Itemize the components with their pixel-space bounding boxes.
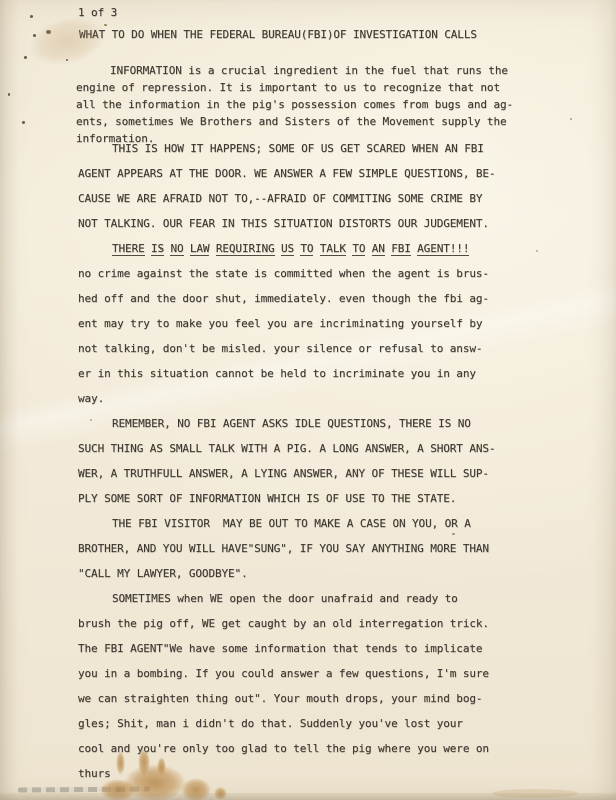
- ink-speck: [22, 121, 25, 124]
- underlined-word: LAW: [190, 242, 210, 256]
- ink-speck: [8, 93, 10, 96]
- page-indicator: 1 of 3: [78, 6, 117, 19]
- underlined-word: THERE: [112, 242, 145, 256]
- text-line: not talking, don't be misled. your silen…: [78, 336, 495, 361]
- text-line: er in this situation cannot be held to i…: [78, 361, 495, 386]
- underlined-word: US: [281, 242, 294, 256]
- text-line: NOT TALKING. OUR FEAR IN THIS SITUATION …: [78, 211, 495, 236]
- underlined-word: IS: [151, 242, 164, 256]
- text-line: CAUSE WE ARE AFRAID NOT TO,--AFRAID OF C…: [78, 186, 495, 211]
- text-line: no crime against the state is committed …: [78, 261, 495, 286]
- underlined-word: AN: [372, 242, 385, 256]
- ink-speck: [570, 118, 572, 120]
- text-line: The FBI AGENT"We have some information t…: [78, 636, 495, 661]
- text-line: all the information in the pig's possess…: [76, 96, 513, 113]
- text-line: THE FBI VISITOR MAY BE OUT TO MAKE A CAS…: [78, 511, 495, 536]
- ink-speck: [46, 30, 51, 34]
- text-line: ents, sometimes We Brothers and Sisters …: [76, 113, 513, 130]
- gray-streak-stain: [18, 787, 150, 793]
- coffee-stain-blob: [214, 787, 227, 800]
- text-line: WER, A TRUTHFULL ANSWER, A LYING ANSWER,…: [78, 461, 495, 486]
- text-line: way.: [78, 386, 495, 411]
- text-line: ent may try to make you feel you are inc…: [78, 311, 495, 336]
- text-line: engine of repression. It is important to…: [76, 79, 513, 96]
- text-line: REMEMBER, NO FBI AGENT ASKS IDLE QUESTIO…: [78, 411, 495, 436]
- text-line: brush the pig off, WE get caught by an o…: [78, 611, 495, 636]
- intro-paragraph: INFORMATION is a crucial ingredient in t…: [76, 62, 513, 147]
- text-line: INFORMATION is a crucial ingredient in t…: [76, 62, 513, 79]
- text-line: SOMETIMES when WE open the door unafraid…: [78, 586, 495, 611]
- ink-speck: [66, 59, 68, 61]
- text-line: PLY SOME SORT OF INFORMATION WHICH IS OF…: [78, 486, 495, 511]
- underlined-word: NO: [170, 242, 183, 256]
- text-line: hed off and the door shut, immediately. …: [78, 286, 495, 311]
- text-line: THIS IS HOW IT HAPPENS; SOME OF US GET S…: [78, 136, 495, 161]
- body-text: THIS IS HOW IT HAPPENS; SOME OF US GET S…: [78, 136, 495, 786]
- no-law-underlined-line: THEREISNOLAWREQUIRINGUSTOTALKTOANFBIAGEN…: [78, 236, 495, 261]
- text-line: you in a bombing. If you could answer a …: [78, 661, 495, 686]
- text-line: we can straighten thing out". Your mouth…: [78, 686, 495, 711]
- underlined-word: TO: [352, 242, 365, 256]
- underlined-word: TO: [300, 242, 313, 256]
- ink-speck: [536, 250, 538, 252]
- underlined-word: TALK: [320, 242, 346, 256]
- document-title: WHAT TO DO WHEN THE FEDERAL BUREAU(FBI)O…: [79, 28, 477, 41]
- text-line: "CALL MY LAWYER, GOODBYE".: [78, 561, 495, 586]
- underlined-word: FBI: [391, 242, 411, 256]
- bottom-edge-shadow: [0, 793, 616, 800]
- text-line: SUCH THING AS SMALL TALK WITH A PIG. A L…: [78, 436, 495, 461]
- ink-speck: [30, 15, 33, 18]
- ink-speck: [33, 34, 36, 37]
- text-line: thurs: [78, 761, 495, 786]
- text-line: AGENT APPEARS AT THE DOOR. WE ANSWER A F…: [78, 161, 495, 186]
- text-line: gles; Shit, man i didn't do that. Sudden…: [78, 711, 495, 736]
- underlined-word: REQUIRING: [216, 242, 275, 256]
- text-line: BROTHER, AND YOU WILL HAVE"SUNG", IF YOU…: [78, 536, 495, 561]
- ink-speck: [104, 24, 107, 26]
- ink-speck: [24, 56, 27, 59]
- faint-stain-smear: [492, 789, 578, 798]
- text-line: cool and you're only too glad to tell th…: [78, 736, 495, 761]
- document-page: 1 of 3 WHAT TO DO WHEN THE FEDERAL BUREA…: [0, 0, 616, 800]
- underlined-word: AGENT!!!: [417, 242, 469, 256]
